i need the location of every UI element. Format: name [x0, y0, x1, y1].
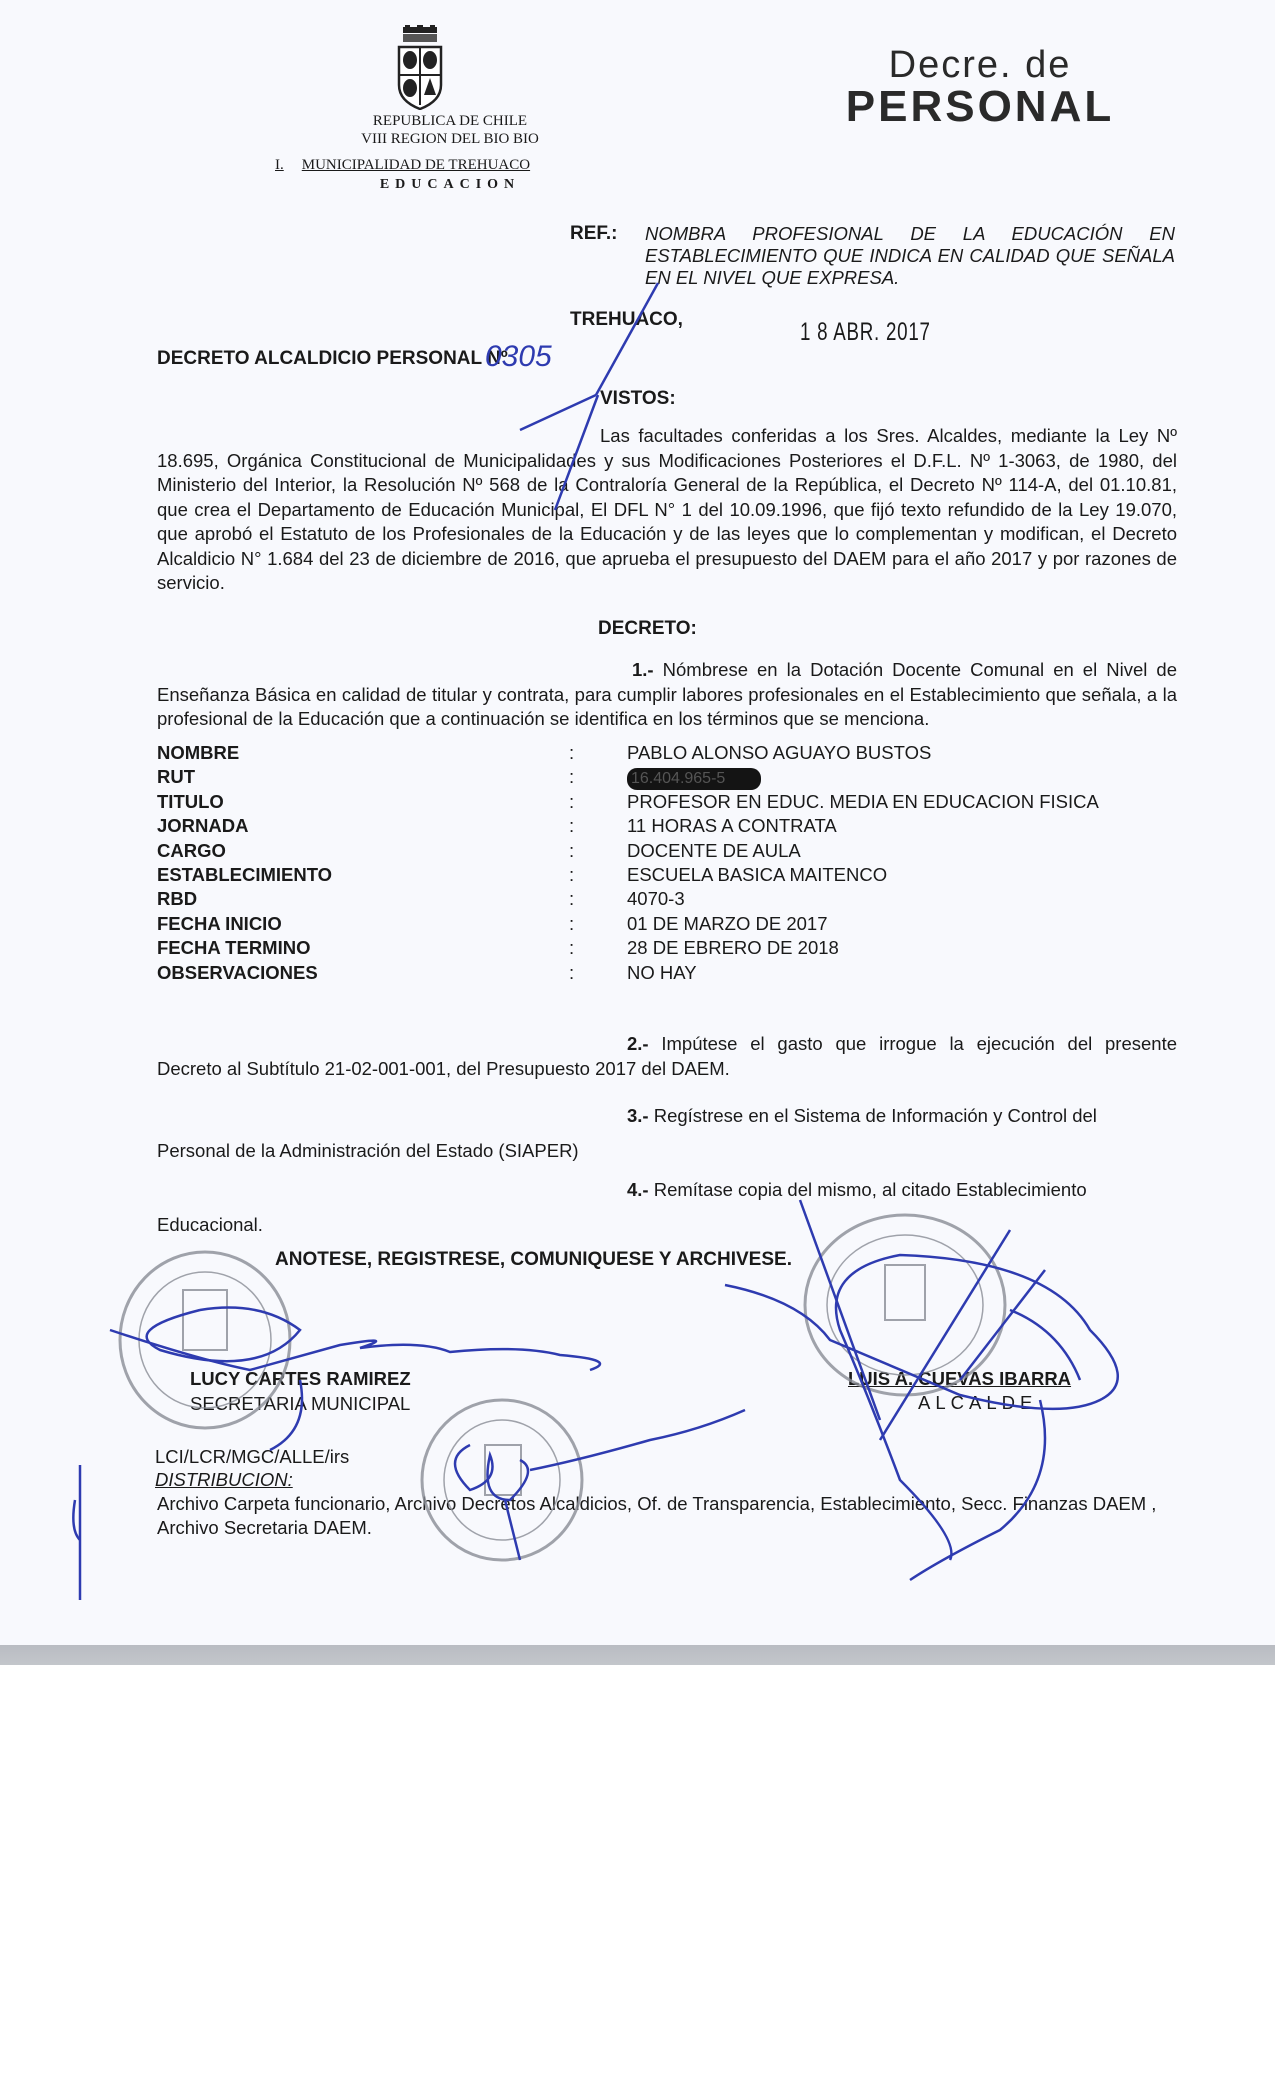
reference-label: REF.:: [570, 223, 618, 245]
field-row: RUT:16.404.965-5: [157, 766, 1157, 790]
vistos-paragraph: Las facultades conferidas a los Sres. Al…: [157, 424, 1177, 596]
field-row: RBD:4070-3: [157, 888, 1157, 912]
header-department: EDUCACION: [250, 176, 650, 193]
coat-of-arms-icon: [395, 25, 445, 110]
date-stamp: 1 8 ABR. 2017: [800, 318, 931, 347]
decreto-item-2: 2.- Impútese el gasto que irrogue la eje…: [157, 1032, 1177, 1081]
initials: LCI/LCR/MGC/ALLE/irs: [155, 1446, 349, 1468]
secretary-role: SECRETARIA MUNICIPAL: [190, 1393, 410, 1415]
decreto-item-1: 1.- Nómbrese en la Dotación Docente Comu…: [157, 658, 1177, 732]
item-1-text: Nómbrese en la Dotación Docente Comunal …: [157, 659, 1177, 729]
field-row: CARGO:DOCENTE DE AULA: [157, 840, 1157, 864]
decreto-heading: DECRETO:: [598, 618, 697, 640]
stamp-line-1: Decre. de: [835, 45, 1125, 85]
scan-edge: [0, 1645, 1275, 1665]
field-row: OBSERVACIONES:NO HAY: [157, 962, 1157, 986]
secretary-name: LUCY CARTES RAMIREZ: [190, 1368, 411, 1390]
field-row: NOMBRE:PABLO ALONSO AGUAYO BUSTOS: [157, 742, 1157, 766]
mayor-role: ALCALDE: [918, 1392, 1037, 1414]
decree-number-handwritten: 0305: [485, 340, 552, 374]
field-row: FECHA INICIO:01 DE MARZO DE 2017: [157, 913, 1157, 937]
header-country: REPUBLICA DE CHILE: [250, 113, 650, 130]
header-region: VIII REGION DEL BIO BIO: [250, 131, 650, 148]
field-row: TITULO:PROFESOR EN EDUC. MEDIA EN EDUCAC…: [157, 791, 1157, 815]
decree-number-label: DECRETO ALCALDICIO PERSONAL Nº: [157, 348, 508, 370]
place: TREHUACO,: [570, 309, 683, 331]
closing-formula: ANOTESE, REGISTRESE, COMUNIQUESE Y ARCHI…: [275, 1249, 792, 1271]
vistos-text: Las facultades conferidas a los Sres. Al…: [157, 425, 1177, 593]
redacted-rut: 16.404.965-5: [627, 768, 761, 790]
header-municipality: I.MUNICIPALIDAD DE TREHUACO: [275, 157, 605, 174]
field-value-name: PABLO ALONSO AGUAYO BUSTOS: [627, 742, 931, 764]
reference-text: NOMBRA PROFESIONAL DE LA EDUCACIÓN EN ES…: [645, 223, 1175, 289]
appointment-fields: NOMBRE:PABLO ALONSO AGUAYO BUSTOS RUT:16…: [157, 742, 1157, 986]
distribution-text: Archivo Carpeta funcionario, Archivo Dec…: [157, 1492, 1187, 1540]
field-row: JORNADA:11 HORAS A CONTRATA: [157, 815, 1157, 839]
item-1-number: 1.-: [632, 659, 654, 680]
header-municipality-name: MUNICIPALIDAD DE TREHUACO: [302, 157, 530, 173]
stamp-line-2: PERSONAL: [835, 85, 1125, 129]
distribution-heading: DISTRIBUCION:: [155, 1469, 293, 1491]
mayor-name: LUIS A. CUEVAS IBARRA: [848, 1368, 1071, 1390]
vistos-heading: VISTOS:: [600, 388, 676, 410]
field-row: FECHA TERMINO:28 DE EBRERO DE 2018: [157, 937, 1157, 961]
decree-type-stamp: Decre. de PERSONAL: [835, 45, 1125, 129]
header-prefix: I.: [275, 157, 284, 173]
field-row: ESTABLECIMIENTO:ESCUELA BASICA MAITENCO: [157, 864, 1157, 888]
decreto-item-4: 4.- Remítase copia del mismo, al citado …: [157, 1178, 1177, 1237]
decreto-item-3: 3.- Regístrese en el Sistema de Informac…: [157, 1104, 1177, 1163]
